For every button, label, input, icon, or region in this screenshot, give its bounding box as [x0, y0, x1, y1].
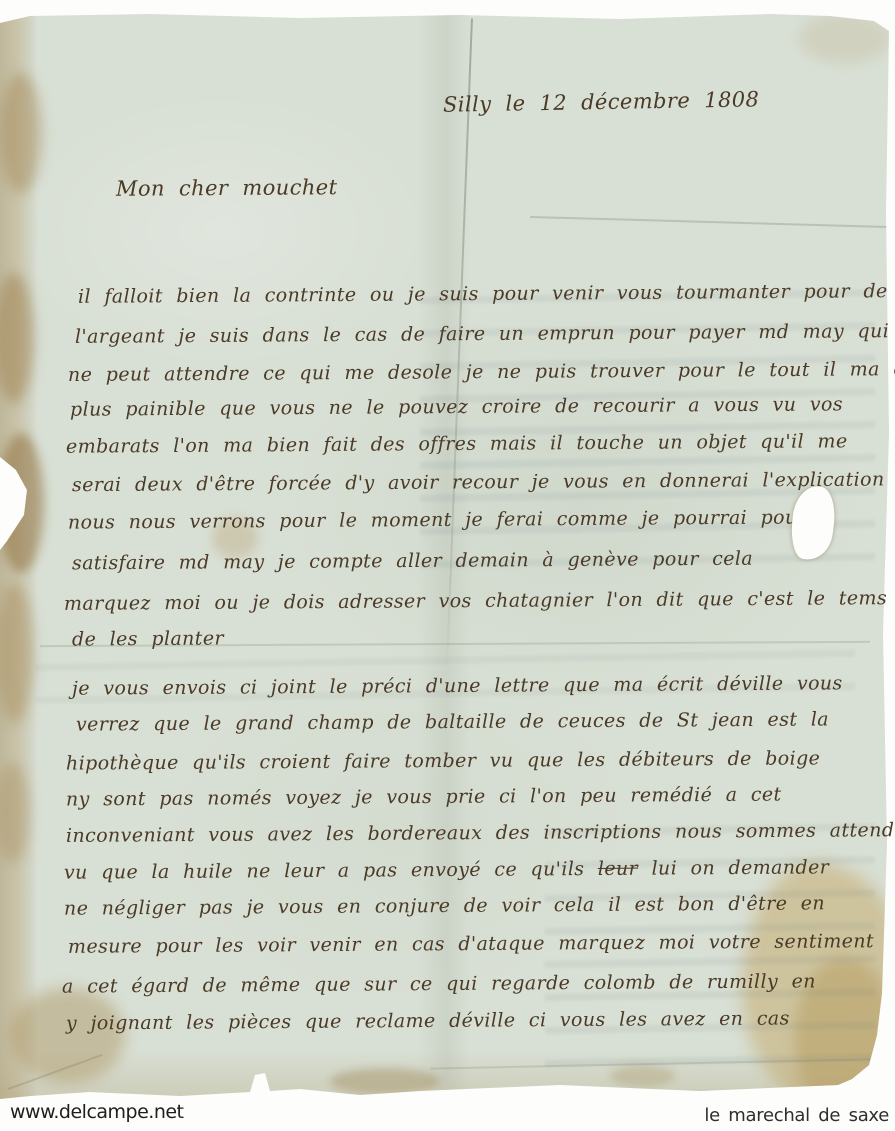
stain: [10, 988, 125, 1083]
fold-crease: [8, 1054, 103, 1090]
watermark-seller: le marechal de saxe: [704, 1105, 889, 1126]
stain: [0, 13, 38, 1100]
stain: [610, 1065, 675, 1087]
struck-word: leur: [598, 858, 638, 880]
salutation: Mon cher mouchet: [116, 175, 338, 201]
line-text: lui on demander: [638, 856, 829, 879]
letter-photo: Silly le 12 décembre 1808 Mon cher mouch…: [0, 0, 895, 1131]
stain: [0, 763, 30, 863]
fold-crease: [530, 216, 890, 228]
stain: [0, 1050, 889, 1100]
line-text: vu que la huile ne leur a pas envoyé ce …: [64, 858, 598, 884]
stain: [330, 1068, 440, 1094]
stain: [0, 433, 44, 573]
stain: [0, 583, 34, 723]
stain: [0, 273, 34, 403]
fold-crease: [430, 1058, 870, 1069]
watermark-delcampe: www.delcampe.net: [10, 1101, 184, 1123]
stain: [0, 73, 42, 193]
stain: [800, 13, 890, 63]
handwritten-line: de les planter: [72, 627, 224, 650]
